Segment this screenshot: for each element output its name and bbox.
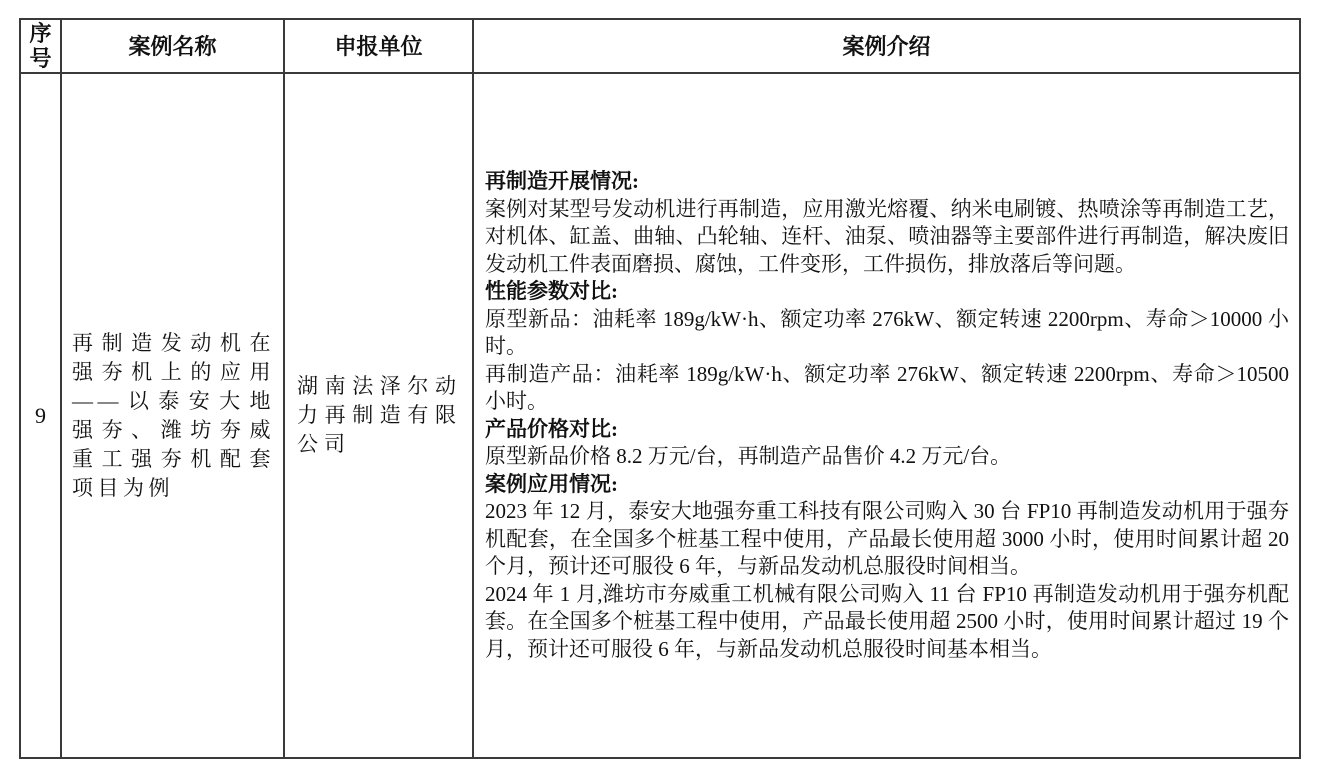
- header-declaring-unit: 申报单位: [284, 19, 473, 73]
- header-case-introduction: 案例介绍: [473, 19, 1300, 73]
- intro-section-application-status: 案例应用情况: 2023 年 12 月，泰安大地强夯重工科技有限公司购入 30 …: [485, 471, 1289, 664]
- header-row: 序号 案例名称 申报单位 案例介绍: [20, 19, 1300, 73]
- intro-section-price-comparison: 产品价格对比: 原型新品价格 8.2 万元/台，再制造产品售价 4.2 万元/台…: [485, 416, 1289, 471]
- intro-paragraph: 2024 年 1 月,潍坊市夯威重工机械有限公司购入 11 台 FP10 再制造…: [485, 581, 1289, 664]
- table-row: 9 再制造发动机在强夯机上的应用——以泰安大地强夯、潍坊夯威重工强夯机配套项目为…: [20, 73, 1300, 758]
- declaring-unit-cell: 湖南法泽尔动力再制造有限公司: [284, 73, 473, 758]
- intro-section-title: 性能参数对比:: [485, 278, 1289, 306]
- header-serial-number: 序号: [20, 19, 61, 73]
- serial-number-cell: 9: [20, 73, 61, 758]
- document-page: 序号 案例名称 申报单位 案例介绍 9 再制造发动机在强夯机上的应用——以泰安大…: [0, 0, 1320, 779]
- intro-paragraph: 2023 年 12 月，泰安大地强夯重工科技有限公司购入 30 台 FP10 再…: [485, 498, 1289, 581]
- header-case-name: 案例名称: [61, 19, 284, 73]
- intro-paragraph: 原型新品价格 8.2 万元/台，再制造产品售价 4.2 万元/台。: [485, 443, 1289, 471]
- case-introduction-cell: 再制造开展情况: 案例对某型号发动机进行再制造，应用激光熔覆、纳米电刷镀、热喷涂…: [473, 73, 1300, 758]
- intro-paragraph: 案例对某型号发动机进行再制造，应用激光熔覆、纳米电刷镀、热喷涂等再制造工艺，对机…: [485, 196, 1289, 279]
- intro-section-performance-comparison: 性能参数对比: 原型新品：油耗率 189g/kW·h、额定功率 276kW、额定…: [485, 278, 1289, 416]
- case-name-cell: 再制造发动机在强夯机上的应用——以泰安大地强夯、潍坊夯威重工强夯机配套项目为例: [61, 73, 284, 758]
- intro-paragraph: 原型新品：油耗率 189g/kW·h、额定功率 276kW、额定转速 2200r…: [485, 306, 1289, 361]
- intro-section-remanufacturing-status: 再制造开展情况: 案例对某型号发动机进行再制造，应用激光熔覆、纳米电刷镀、热喷涂…: [485, 168, 1289, 278]
- intro-section-title: 产品价格对比:: [485, 416, 1289, 444]
- intro-section-title: 再制造开展情况:: [485, 168, 1289, 196]
- intro-section-title: 案例应用情况:: [485, 471, 1289, 499]
- case-table: 序号 案例名称 申报单位 案例介绍 9 再制造发动机在强夯机上的应用——以泰安大…: [19, 18, 1301, 759]
- intro-paragraph: 再制造产品：油耗率 189g/kW·h、额定功率 276kW、额定转速 2200…: [485, 361, 1289, 416]
